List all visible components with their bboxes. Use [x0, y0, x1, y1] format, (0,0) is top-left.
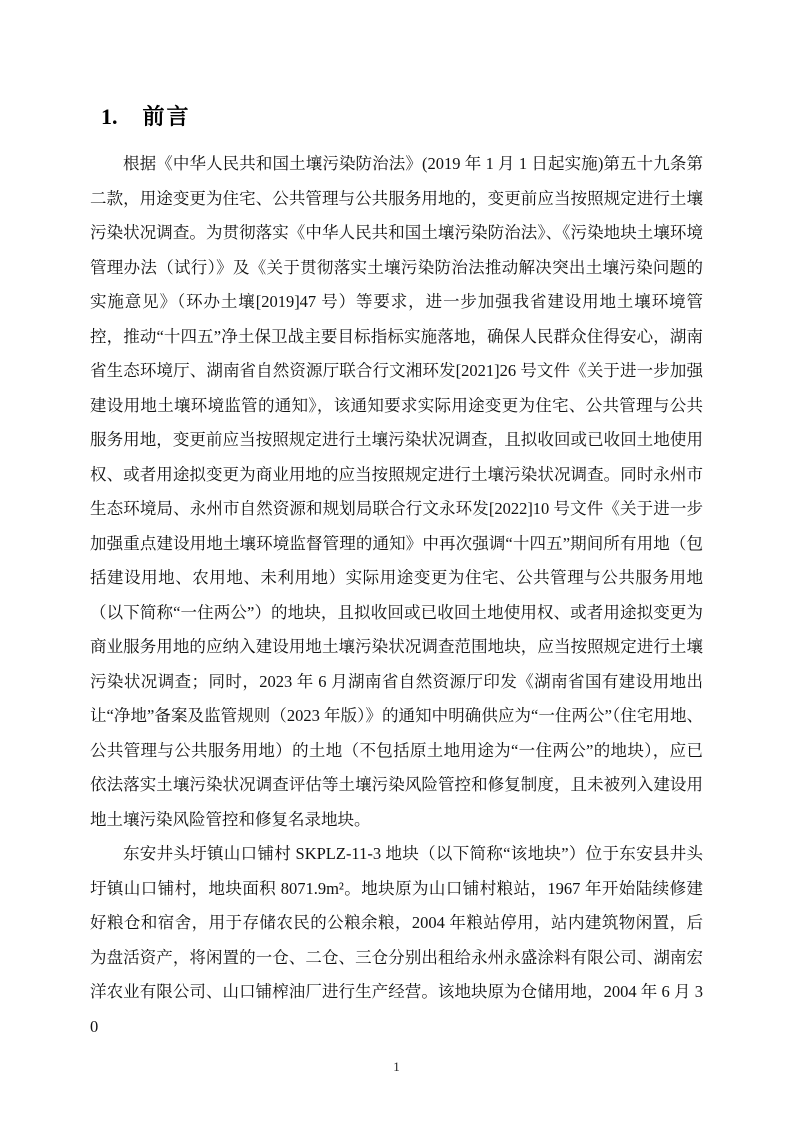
section-heading-title: 前言 [143, 103, 191, 131]
document-page: 1. 前言 根据《中华人民共和国土壤污染防治法》(2019 年 1 月 1 日起… [0, 0, 793, 1122]
section-heading-number: 1. [101, 103, 118, 131]
page-number: 1 [0, 1059, 793, 1075]
paragraph: 根据《中华人民共和国土壤污染防治法》(2019 年 1 月 1 日起实施)第五十… [90, 147, 703, 837]
section-heading: 1. 前言 [101, 103, 793, 131]
document-body: 根据《中华人民共和国土壤污染防治法》(2019 年 1 月 1 日起实施)第五十… [90, 147, 703, 1044]
paragraph: 东安井头圩镇山口铺村 SKPLZ-11-3 地块（以下简称“该地块”）位于东安县… [90, 837, 703, 1044]
